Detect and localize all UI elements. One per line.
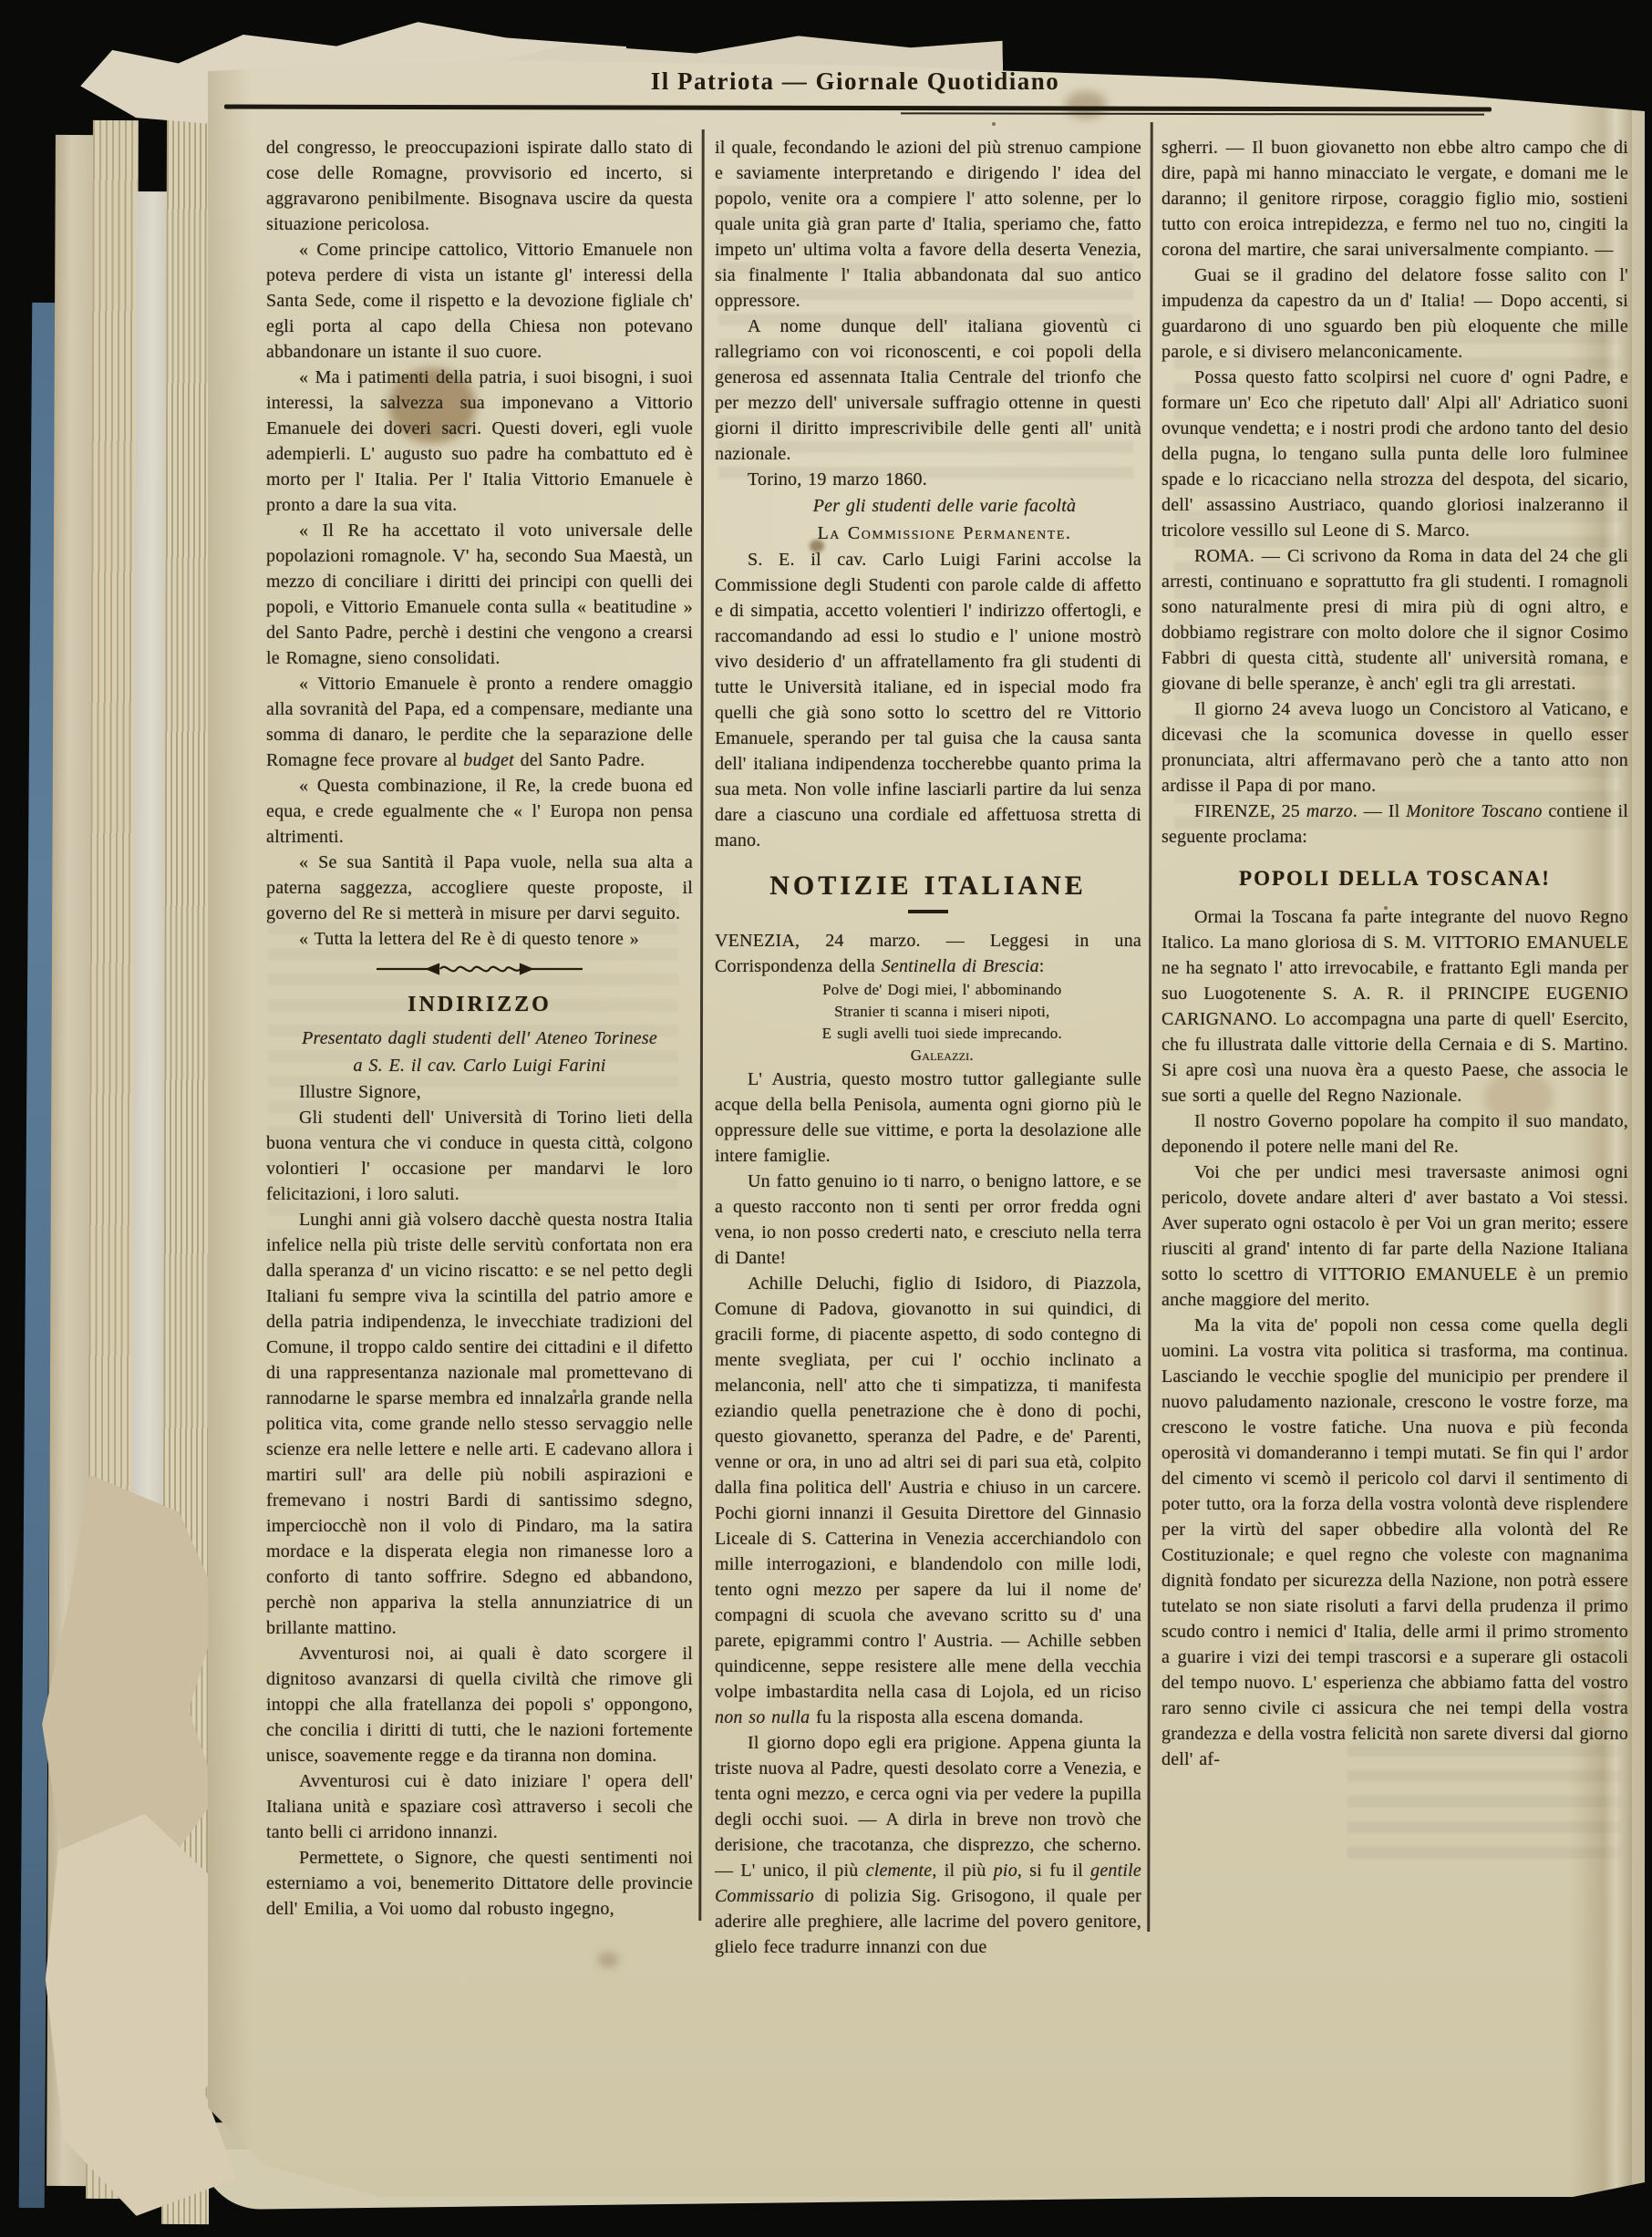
text-run: . — Il	[1353, 801, 1406, 821]
paragraph: Gli studenti dell' Università di Torino …	[266, 1105, 693, 1207]
article-heading: INDIRIZZO	[266, 992, 693, 1017]
text-run-italic: budget	[463, 750, 514, 770]
paragraph: sgherri. — Il buon giovanetto non ebbe a…	[1162, 135, 1628, 263]
paragraph: « Vittorio Emanuele è pronto a rendere o…	[266, 671, 693, 773]
text-run: FIRENZE, 25	[1194, 801, 1306, 821]
section-rule	[908, 910, 948, 913]
divider-ornament-icon	[375, 961, 584, 977]
column-2: il quale, fecondando le azioni del più s…	[715, 135, 1141, 2013]
newspaper-masthead: Il Patriota — Giornale Quotidiano	[208, 67, 1502, 96]
paragraph: Lunghi anni già volsero dacchè questa no…	[266, 1207, 693, 1641]
paragraph: S. E. il cav. Carlo Luigi Farini accolse…	[715, 547, 1141, 853]
text-run: , il più	[932, 1861, 993, 1881]
newspaper-page: Il Patriota — Giornale Quotidiano del co…	[208, 58, 1645, 2197]
paragraph: Permettete, o Signore, che questi sentim…	[266, 1845, 693, 1922]
paragraph: Achille Deluchi, figlio di Isidoro, di P…	[715, 1271, 1141, 1730]
paragraph: « Se sua Santità il Papa vuole, nella su…	[266, 850, 693, 926]
paragraph: « Ma i patimenti della patria, i suoi bi…	[266, 365, 693, 518]
text-run-italic: Monitore Toscano	[1406, 801, 1542, 821]
text-run: fu la risposta alla escena domanda.	[810, 1707, 1083, 1727]
text-run-italic: clemente	[866, 1861, 933, 1881]
paragraph: Guai se il gradino del delatore fosse sa…	[1162, 263, 1628, 365]
article-subheading: Presentato dagli studenti dell' Ateneo T…	[266, 1025, 693, 1052]
paragraph: Ma la vita de' popoli non cessa come que…	[1162, 1313, 1628, 1772]
verse-line: Polve de' Dogi miei, l' abbominando	[715, 979, 1141, 1001]
paper-speck	[992, 122, 996, 126]
paragraph: Avventurosi cui è dato iniziare l' opera…	[266, 1768, 693, 1845]
text-run-italic: pio	[994, 1861, 1017, 1881]
text-run: del Santo Padre.	[514, 750, 645, 770]
paragraph: del congresso, le preoccupazioni ispirat…	[266, 135, 693, 237]
section-heading: NOTIZIE ITALIANE	[715, 873, 1141, 899]
paragraph: VENEZIA, 24 marzo. — Leggesi in una Corr…	[715, 928, 1141, 979]
verse-line: Stranier ti scanna i miseri nipoti,	[715, 1001, 1141, 1023]
text-run: :	[1039, 956, 1045, 976]
paragraph: « Il Re ha accettato il voto universale …	[266, 518, 693, 671]
column-3: sgherri. — Il buon giovanetto non ebbe a…	[1162, 135, 1628, 2004]
column-rule	[1147, 122, 1152, 1932]
paragraph: FIRENZE, 25 marzo. — Il Monitore Toscano…	[1162, 799, 1628, 850]
text-run: Il giorno dopo egli era prigione. Appena…	[715, 1733, 1141, 1881]
paragraph: Voi che per undici mesi traversaste anim…	[1162, 1160, 1628, 1313]
article-subheading: a S. E. il cav. Carlo Luigi Farini	[266, 1052, 693, 1079]
paragraph: Il nostro Governo popolare ha compito il…	[1162, 1108, 1628, 1160]
text-run: Achille Deluchi, figlio di Isidoro, di P…	[715, 1273, 1141, 1702]
column-rule	[698, 129, 704, 1921]
paragraph: Un fatto genuino io ti narro, o benigno …	[715, 1169, 1141, 1271]
salutation: Illustre Signore,	[266, 1079, 693, 1105]
paragraph: L' Austria, questo mostro tuttor gallegi…	[715, 1067, 1141, 1169]
paragraph: Ormai la Toscana fa parte integrante del…	[1162, 904, 1628, 1108]
scanned-book-photo: Il Patriota — Giornale Quotidiano del co…	[0, 0, 1652, 2237]
paragraph: il quale, fecondando le azioni del più s…	[715, 135, 1141, 314]
signature-line: La Commissione Permanente.	[715, 520, 1141, 547]
verse-line: E sugli avelli tuoi siede imprecando.	[715, 1023, 1141, 1045]
paragraph: « Questa combinazione, il Re, la crede b…	[266, 773, 693, 850]
paragraph: Possa questo fatto scolpirsi nel cuore d…	[1162, 365, 1628, 543]
text-run-italic: non so nulla	[715, 1707, 810, 1727]
paragraph: Avventurosi noi, ai quali è dato scorger…	[266, 1641, 693, 1768]
paragraph: « Come principe cattolico, Vittorio Eman…	[266, 237, 693, 365]
paragraph: Il giorno 24 aveva luogo un Concistoro a…	[1162, 696, 1628, 799]
text-run-italic: marzo	[1306, 801, 1353, 821]
paragraph: « Tutta la lettera del Re è di questo te…	[266, 926, 693, 952]
masthead-rule	[901, 112, 1484, 115]
masthead-rule	[224, 105, 1492, 112]
text-run-italic: Sentinella di Brescia	[882, 956, 1039, 976]
column-1: del congresso, le preoccupazioni ispirat…	[266, 135, 693, 2004]
paragraph: A nome dunque dell' italiana gioventù ci…	[715, 314, 1141, 467]
paragraph: Il giorno dopo egli era prigione. Appena…	[715, 1730, 1141, 1960]
byline: Per gli studenti delle varie facoltà	[715, 492, 1141, 520]
dateline: Torino, 19 marzo 1860.	[715, 467, 1141, 492]
text-run: , si fu il	[1017, 1861, 1090, 1881]
proclamation-heading: POPOLI DELLA TOSCANA!	[1162, 866, 1628, 892]
verse-signature: Galeazzi.	[715, 1045, 1141, 1067]
paragraph: ROMA. — Ci scrivono da Roma in data del …	[1162, 543, 1628, 696]
